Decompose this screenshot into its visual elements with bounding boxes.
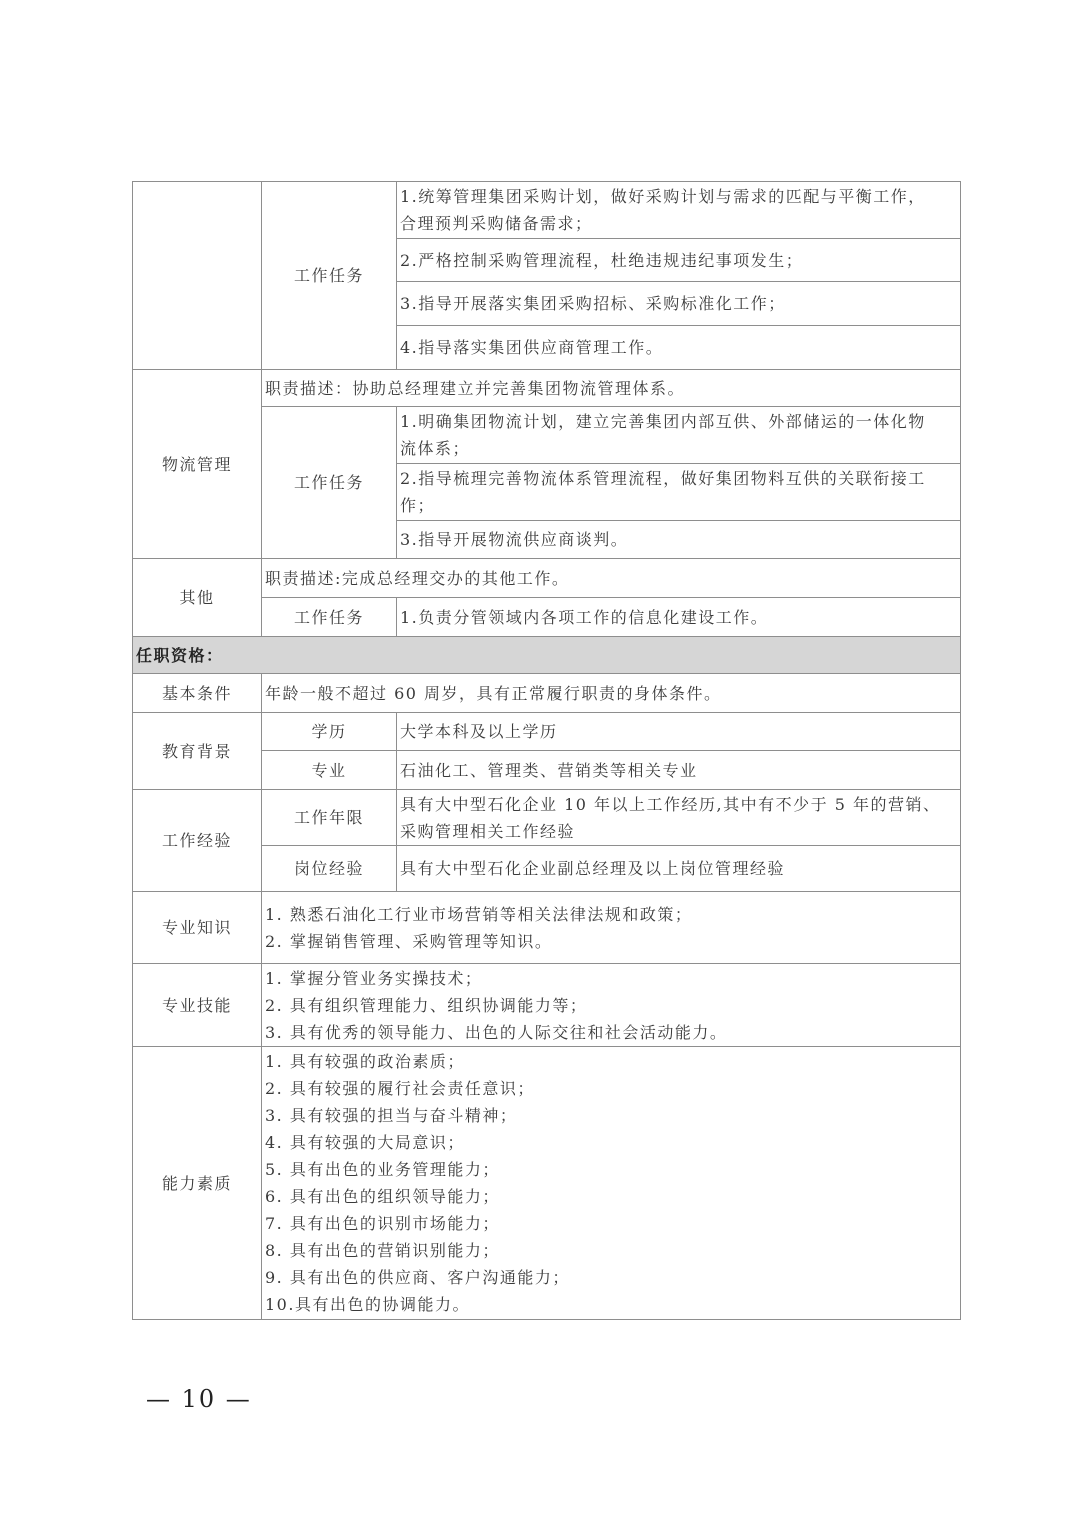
document-page: 工作任务 1.统筹管理集团采购计划，做好采购计划与需求的匹配与平衡工作， 合理预… (0, 0, 1080, 1527)
label-basic: 基本条件 (133, 674, 262, 713)
table-row: 教育背景 学历 大学本科及以上学历 (133, 713, 961, 751)
label-degree: 学历 (262, 713, 397, 751)
task-item: 3.指导开展落实集团采购招标、采购标准化工作； (397, 282, 961, 326)
page-number: — 10 — (146, 1385, 252, 1413)
value-degree: 大学本科及以上学历 (397, 713, 961, 751)
value-knowledge: 1. 熟悉石油化工行业市场营销等相关法律法规和政策； 2. 掌握销售管理、采购管… (262, 892, 961, 964)
table-row: 专业知识 1. 熟悉石油化工行业市场营销等相关法律法规和政策； 2. 掌握销售管… (133, 892, 961, 964)
category-logistics: 物流管理 (133, 370, 262, 559)
category-cell-empty (133, 182, 262, 370)
task-item: 2.严格控制采购管理流程，杜绝违规违纪事项发生； (397, 239, 961, 282)
table-row: 其他 职责描述:完成总经理交办的其他工作。 (133, 559, 961, 598)
duty-description: 职责描述：协助总经理建立并完善集团物流管理体系。 (262, 370, 961, 407)
value-basic: 年龄一般不超过 60 周岁，具有正常履行职责的身体条件。 (262, 674, 961, 713)
duty-description: 职责描述:完成总经理交办的其他工作。 (262, 559, 961, 598)
tasks-label: 工作任务 (262, 182, 397, 370)
label-knowledge: 专业知识 (133, 892, 262, 964)
value-abilities: 1. 具有较强的政治素质； 2. 具有较强的履行社会责任意识； 3. 具有较强的… (262, 1047, 961, 1320)
value-position: 具有大中型石化企业副总经理及以上岗位管理经验 (397, 846, 961, 892)
table-row: 基本条件 年龄一般不超过 60 周岁，具有正常履行职责的身体条件。 (133, 674, 961, 713)
category-other: 其他 (133, 559, 262, 637)
table-row: 工作经验 工作年限 具有大中型石化企业 10 年以上工作经历,其中有不少于 5 … (133, 790, 961, 846)
task-item: 1.统筹管理集团采购计划，做好采购计划与需求的匹配与平衡工作， 合理预判采购储备… (397, 182, 961, 239)
value-major: 石油化工、管理类、营销类等相关专业 (397, 751, 961, 790)
label-education: 教育背景 (133, 713, 262, 790)
job-description-table: 工作任务 1.统筹管理集团采购计划，做好采购计划与需求的匹配与平衡工作， 合理预… (132, 181, 961, 1320)
table-row: 任职资格： (133, 637, 961, 674)
section-header-qualifications: 任职资格： (133, 637, 961, 674)
table-row: 专业技能 1. 掌握分管业务实操技术； 2. 具有组织管理能力、组织协调能力等；… (133, 964, 961, 1047)
task-item: 1.负责分管领域内各项工作的信息化建设工作。 (397, 598, 961, 637)
task-item: 3.指导开展物流供应商谈判。 (397, 521, 961, 559)
value-years: 具有大中型石化企业 10 年以上工作经历,其中有不少于 5 年的营销、 采购管理… (397, 790, 961, 846)
tasks-label: 工作任务 (262, 407, 397, 559)
label-skills: 专业技能 (133, 964, 262, 1047)
label-major: 专业 (262, 751, 397, 790)
label-position: 岗位经验 (262, 846, 397, 892)
task-item: 2.指导梳理完善物流体系管理流程，做好集团物料互供的关联衔接工 作； (397, 464, 961, 521)
table-row: 工作任务 1.统筹管理集团采购计划，做好采购计划与需求的匹配与平衡工作， 合理预… (133, 182, 961, 239)
label-years: 工作年限 (262, 790, 397, 846)
table-row: 物流管理 职责描述：协助总经理建立并完善集团物流管理体系。 (133, 370, 961, 407)
table-row: 能力素质 1. 具有较强的政治素质； 2. 具有较强的履行社会责任意识； 3. … (133, 1047, 961, 1320)
value-skills: 1. 掌握分管业务实操技术； 2. 具有组织管理能力、组织协调能力等； 3. 具… (262, 964, 961, 1047)
label-experience: 工作经验 (133, 790, 262, 892)
label-abilities: 能力素质 (133, 1047, 262, 1320)
task-item: 4.指导落实集团供应商管理工作。 (397, 326, 961, 370)
tasks-label: 工作任务 (262, 598, 397, 637)
task-item: 1.明确集团物流计划，建立完善集团内部互供、外部储运的一体化物 流体系； (397, 407, 961, 464)
